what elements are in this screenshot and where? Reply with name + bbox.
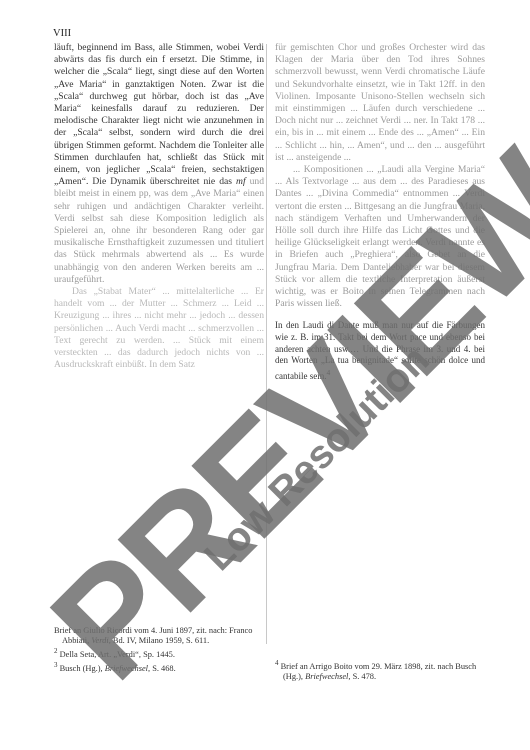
left-paragraph-1-continued: und bleibt meist in einem pp, was dem „A… [54, 176, 264, 285]
column-divider [266, 44, 267, 644]
block-quote: In den Laudi di Dante muß man nur auf di… [275, 320, 485, 382]
left-text-column: läuft, beginnend im Bass, alle Stimmen, … [54, 42, 264, 371]
footnote-text: Busch (Hg.), [60, 664, 105, 673]
document-page: VIII läuft, beginnend im Bass, alle Stim… [0, 0, 530, 750]
left-paragraph-1-text: läuft, beginnend im Bass, alle Stimmen, … [54, 42, 264, 187]
dynamic-marking: mf [236, 176, 246, 187]
footnote-title: Verdi [91, 636, 108, 645]
footnote-ref: 4 [326, 368, 330, 377]
right-footnotes: 4 Brief an Arrigo Boito vom 29. März 189… [275, 658, 485, 682]
block-quote-text: In den Laudi di Dante muß man nur auf di… [275, 320, 485, 380]
footnote-title: Briefwechsel [305, 672, 348, 681]
left-paragraph-1: läuft, beginnend im Bass, alle Stimmen, … [54, 42, 264, 286]
right-paragraph-1: für gemischten Chor und großes Orchester… [275, 42, 485, 164]
page-number: VIII [53, 28, 71, 39]
footnote-2: 2 Della Seta, Art. „Verdi“, Sp. 1445. [54, 646, 264, 660]
footnote-title: Briefwechsel [105, 664, 148, 673]
footnote-1: Brief an Giulio Ricordi vom 4. Juni 1897… [54, 622, 264, 646]
right-text-column: für gemischten Chor und großes Orchester… [275, 42, 485, 382]
left-footnotes: Brief an Giulio Ricordi vom 4. Juni 1897… [54, 622, 264, 674]
footnote-3: 3 Busch (Hg.), Briefwechsel, S. 468. [54, 660, 264, 674]
footnote-rest: , Bd. IV, Milano 1959, S. 611. [109, 636, 210, 645]
footnote-4: 4 Brief an Arrigo Boito vom 29. März 189… [275, 658, 485, 682]
footnote-rest: , S. 468. [148, 664, 176, 673]
footnote-text: Della Seta, Art. „Verdi“, Sp. 1445. [60, 650, 175, 659]
footnote-marker: 3 [54, 661, 58, 669]
footnote-rest: , S. 478. [348, 672, 376, 681]
footnote-marker: 4 [275, 659, 279, 667]
right-paragraph-2: ... Kompositionen ... „Laudi alla Vergin… [275, 164, 485, 310]
left-paragraph-2: Das „Stabat Mater“ ... mittelalterliche … [54, 286, 264, 371]
footnote-marker: 2 [54, 647, 58, 655]
